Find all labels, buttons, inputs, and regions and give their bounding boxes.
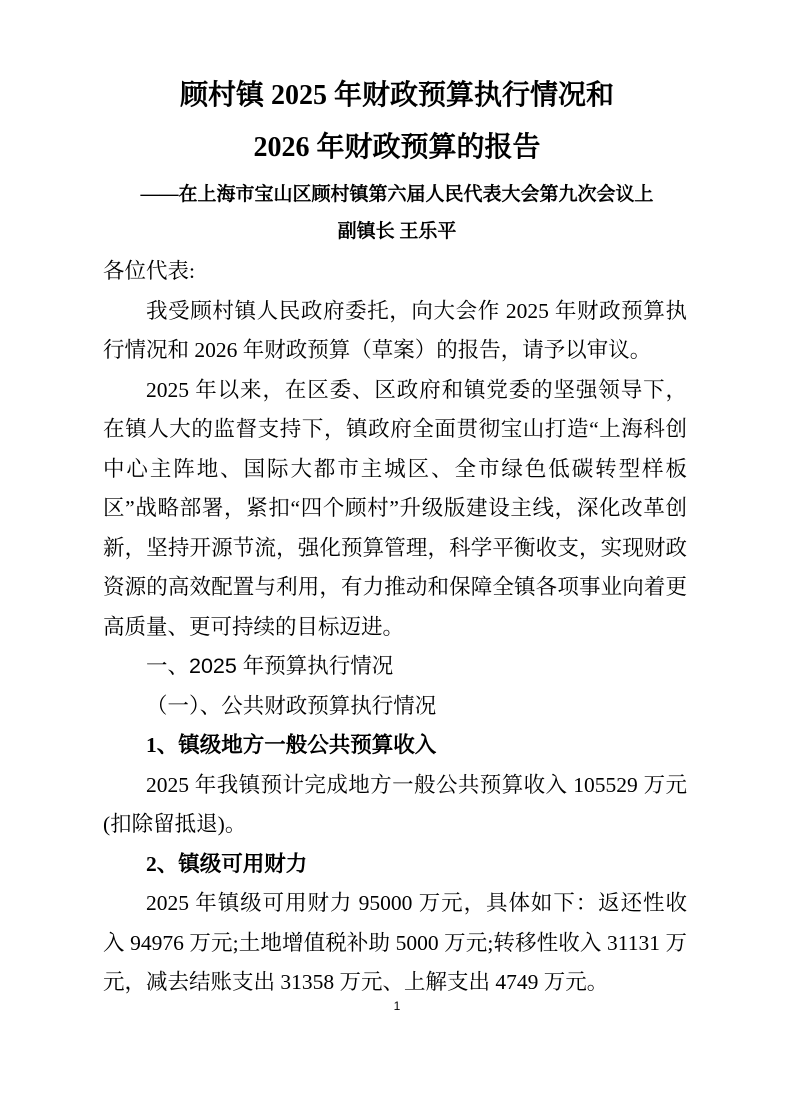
document-title: 顾村镇 2025 年财政预算执行情况和 2026 年财政预算的报告 [0,0,794,174]
document-page: 顾村镇 2025 年财政预算执行情况和 2026 年财政预算的报告 ——在上海市… [0,0,794,1093]
salutation: 各位代表: [103,252,687,292]
paragraph-revenue: 2025 年我镇预计完成地方一般公共预算收入 105529 万元(扣除留抵退)。 [103,766,687,845]
heading-section-1-1: （一）、公共财政预算执行情况 [103,687,687,727]
page-number: 1 [0,999,794,1013]
paragraph-overview: 2025 年以来，在区委、区政府和镇党委的坚强领导下，在镇人大的监督支持下，镇政… [103,371,687,648]
paragraph-intro: 我受顾村镇人民政府委托，向大会作 2025 年财政预算执行情况和 2026 年财… [103,292,687,371]
document-presenter: 副镇长 王乐平 [0,217,794,247]
heading-section-1: 一、2025 年预算执行情况 [103,647,687,687]
heading-item-2-available-finance: 2、镇级可用财力 [103,845,687,885]
document-body: 各位代表: 我受顾村镇人民政府委托，向大会作 2025 年财政预算执行情况和 2… [103,252,687,1003]
document-subtitle: ——在上海市宝山区顾村镇第六届人民代表大会第九次会议上 [0,180,794,210]
paragraph-available-finance: 2025 年镇级可用财力 95000 万元，具体如下：返还性收入 94976 万… [103,884,687,1003]
heading-item-1-town-level-revenue: 1、镇级地方一般公共预算收入 [103,726,687,766]
title-line-2: 2026 年财政预算的报告 [0,122,794,174]
title-line-1: 顾村镇 2025 年财政预算执行情况和 [0,70,794,122]
